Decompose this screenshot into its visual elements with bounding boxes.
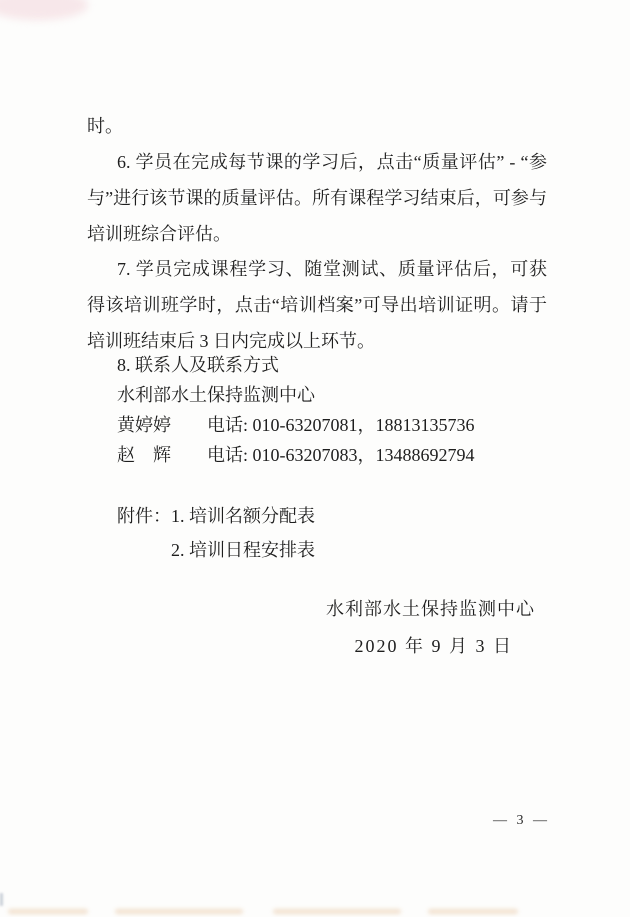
signature-org-name: 水利部水土保持监测中心 [326,595,535,621]
paragraph-carryover: 时。 [87,108,547,144]
attachments-label: 附件： [117,499,171,567]
contact-phone: 电话: 010-63207083，13488692794 [207,440,475,470]
signature-date: 2020 年 9 月 3 日 [355,632,514,658]
attachments-block: 附件： 1. 培训名额分配表 2. 培训日程安排表 [117,499,315,567]
scan-smudge-bottom [8,909,88,914]
scan-mark-left-edge [0,893,3,906]
contact-section: 8. 联系人及联系方式 水利部水土保持监测中心 黄婷婷 电话: 010-6320… [87,350,547,470]
contact-name: 赵 辉 [117,440,207,470]
scan-smudge-bottom [273,909,401,914]
attachments-items: 1. 培训名额分配表 2. 培训日程安排表 [171,499,315,567]
attachment-item: 1. 培训名额分配表 [171,499,315,533]
contact-phone: 电话: 010-63207081，18813135736 [207,410,475,440]
contact-row: 黄婷婷 电话: 010-63207081，18813135736 [87,410,547,440]
scan-smudge-top-left [0,0,88,20]
contact-name: 黄婷婷 [117,410,207,440]
attachment-item: 2. 培训日程安排表 [171,533,315,567]
section-8-title: 8. 联系人及联系方式 [87,350,547,380]
contact-row: 赵 辉 电话: 010-63207083，13488692794 [87,440,547,470]
scan-smudge-bottom [428,909,518,914]
scanned-document-page: 时。 6. 学员在完成每节课的学习后，点击“质量评估” - “参与”进行该节课的… [0,0,630,917]
page-number: — 3 — [493,813,550,829]
paragraph-item-7: 7. 学员完成课程学习、随堂测试、质量评估后，可获得该培训班学时，点击“培训档案… [87,251,547,359]
contact-org-name: 水利部水土保持监测中心 [87,380,547,410]
paragraph-item-6: 6. 学员在完成每节课的学习后，点击“质量评估” - “参与”进行该节课的质量评… [87,144,547,252]
scan-smudge-bottom [115,909,243,914]
